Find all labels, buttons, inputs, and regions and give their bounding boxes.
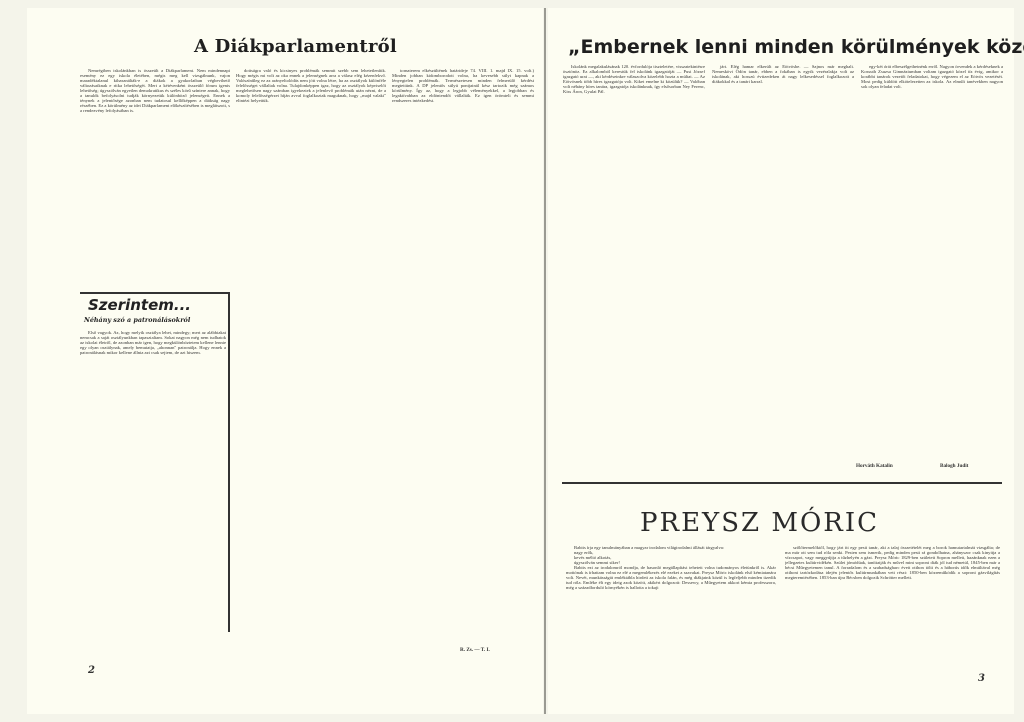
page-number-left: 2 [88,665,95,676]
right-column-3: egy-két órát elbeszélgethetnénk erről. N… [861,64,1003,452]
signature-horvath: Horváth Katalin [856,463,893,469]
signature-balogh: Balogh Judit [940,463,968,469]
section-divider [562,482,1002,484]
column-text: egy-két órát elbeszélgethetnénk erről. N… [861,64,1003,89]
column-text: szőlőtermelőktől, hogy járt itt egy pest… [785,545,1000,580]
column-text: dottságra való és kicsinyes problémák se… [236,68,386,103]
page-number-right: 3 [978,673,985,684]
column-text: Iskolánk megalakulásának 120. évfordulój… [563,64,705,94]
column-text: Nemrégiben iskolánkban is összeült a Diá… [80,68,230,113]
article-title-preysz: PREYSZ MÓRIC [640,508,879,538]
left-signature: R. Zs. — T. I. [460,647,490,653]
sidebar-box-text: Első vagyok. Az, hogy melyik osztálya le… [80,330,226,640]
column-text: járt. Elég hamar elkerült az Eötvösbe. —… [712,64,854,84]
page-spine [544,8,546,714]
column-text: Babits ezt az irodalomról mondja, de has… [566,565,776,590]
right-column-1: Iskolánk megalakulásának 120. évfordulój… [563,64,705,476]
article-title-embernek-lenni: „Embernek lenni minden körülmények közöt… [568,36,1024,58]
column-text: Első vagyok. Az, hogy melyik osztálya le… [80,330,226,355]
preysz-column-1: Babits írja egy tanulmányában a magyar i… [566,545,776,645]
right-column-2: járt. Elég hamar elkerült az Eötvösbe. —… [712,64,854,474]
sidebar-box-right-border [228,292,230,632]
sidebar-box-top-border [80,292,228,294]
column-text: tornaterem elkészültének határideje 74. … [392,68,534,103]
left-column-2: dottságra való és kicsinyes problémák se… [236,68,386,648]
left-column-3: tornaterem elkészültének határideje 74. … [392,68,534,640]
left-column-1: Nemrégiben iskolánkban is összeült a Diá… [80,68,230,286]
preysz-column-2: szőlőtermelőktől, hogy járt itt egy pest… [785,545,1000,637]
article-title-diakparlament: A Diákparlamentről [194,36,397,57]
sidebar-box-subtitle: Néhány szó a patronálásokról [84,316,190,324]
sidebar-box-title: Szerintem... [88,296,191,314]
